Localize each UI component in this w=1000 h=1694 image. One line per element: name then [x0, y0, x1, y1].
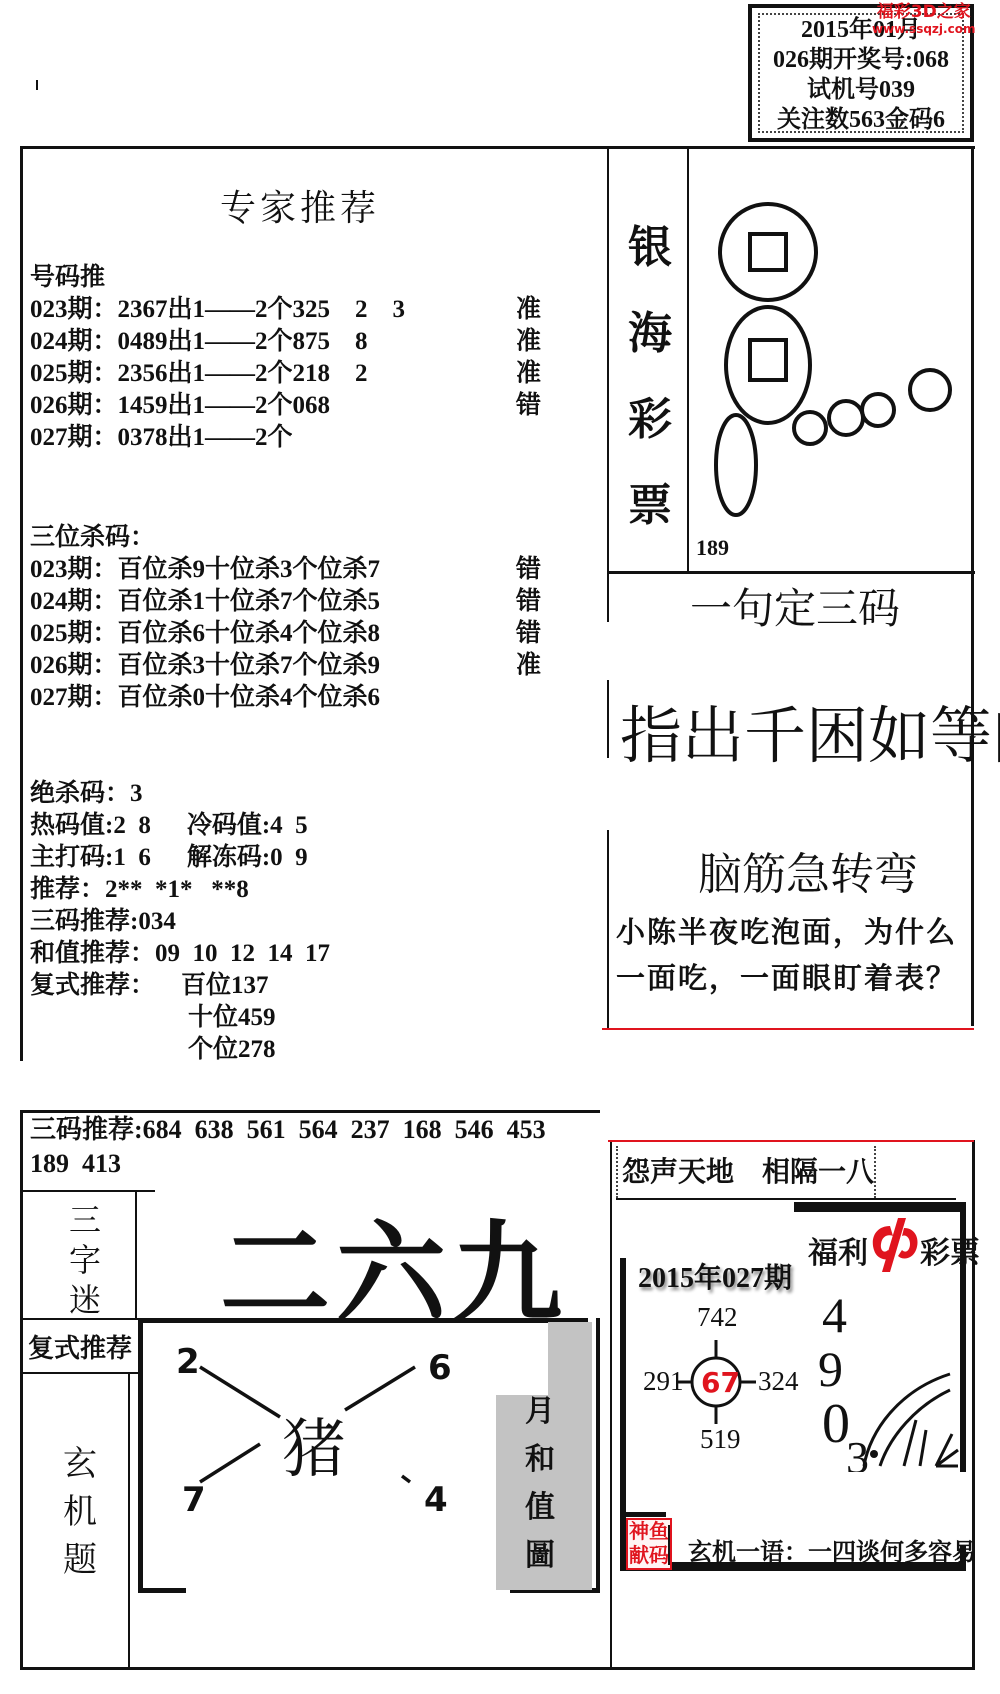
frame-left-border [20, 146, 23, 1061]
kill-row: 025期：百位杀6十位杀4个位杀8 [30, 618, 380, 650]
divider-right-col [610, 1140, 612, 1670]
brand-char: 海 [620, 291, 680, 377]
stats-block: 绝杀码：3 热码值:2 8冷码值:4 5 主打码:1 6解冻码:0 9 推荐：2… [30, 778, 330, 1066]
period: 025期： [30, 360, 118, 387]
stamp-top-bar [620, 1512, 666, 1517]
period: 026期： [30, 392, 118, 419]
kill-three-label: 三位杀码： [30, 522, 155, 554]
brand-char: 银 [620, 205, 680, 291]
period: 024期： [30, 328, 118, 355]
three-codes-line2: 189 413 [30, 1148, 121, 1180]
divider-v5 [607, 830, 609, 1030]
kill-row: 023期：百位杀9十位杀3个位杀7 [30, 554, 380, 586]
brand-char: 票 [620, 463, 680, 549]
result-badge: 错 [516, 586, 541, 618]
result-badge: 错 [516, 390, 541, 422]
label-char: 三 [60, 1200, 110, 1240]
stamp-line: 献码 [628, 1544, 670, 1568]
corner-number-br: 4 [424, 1480, 448, 1520]
three-codes-row: 三码推荐:684 638 561 564 237 168 546 453 [30, 1114, 546, 1146]
expert-title: 专家推荐 [220, 180, 380, 231]
compass-left: 291 [643, 1366, 684, 1397]
kill-text: 百位杀1十位杀7个位杀5 [118, 588, 381, 615]
idiom-text: 怨声天地 相隔一八 [622, 1150, 874, 1190]
label-char: 题 [55, 1536, 105, 1584]
speck [36, 80, 38, 90]
result-badge: 准 [516, 326, 541, 358]
compound-tens: 十位459 [30, 1002, 330, 1034]
label-char: 玄 [55, 1440, 105, 1488]
stamp-divider [668, 1525, 670, 1565]
divider-v3 [607, 574, 609, 622]
result-badge: 错 [516, 554, 541, 586]
fish-number: 9 [818, 1344, 843, 1394]
compound-row: 复式推荐：百位137 [30, 970, 330, 1002]
absolute-kill: 绝杀码：3 [30, 778, 330, 810]
number-push-row: 026期：1459出1——2个068 [30, 390, 405, 422]
kill-text: 百位杀0十位杀4个位杀6 [118, 684, 381, 711]
period: 026期： [30, 652, 118, 679]
frame-top-border [20, 146, 975, 149]
prediction: 2367出1——2个325 2 3 [118, 296, 406, 323]
three-codes-values: 684 638 561 564 237 168 546 453 [143, 1115, 546, 1144]
number-push-list: 023期：2367出1——2个325 2 3 024期：0489出1——2个87… [30, 294, 405, 454]
prediction: 0378出1——2个 [118, 424, 293, 451]
three-codes-label: 三码推荐: [30, 1115, 143, 1144]
hot-values: 热码值:2 8 [30, 812, 151, 839]
compound-label: 复式推荐 [28, 1328, 132, 1365]
brand-char: 彩 [620, 377, 680, 463]
cold-values: 冷码值:4 5 [187, 812, 308, 839]
shenyu-stamp: 神鱼 献码 [626, 1518, 672, 1570]
bottom-left-border [20, 1110, 23, 1670]
coin-sketch-image [700, 190, 960, 530]
period: 027期： [30, 424, 118, 451]
period: 023期： [30, 556, 118, 583]
riddle-title: 脑筋急转弯 [698, 838, 918, 902]
corner-number-bl: 7 [182, 1480, 206, 1520]
stamp-line: 神鱼 [628, 1520, 670, 1544]
prediction: 0489出1——2个875 8 [118, 328, 368, 355]
trial-number: 试机号039 [760, 75, 962, 105]
result-badge: 准 [516, 294, 541, 326]
label-char: 迷 [60, 1280, 110, 1320]
prediction: 1459出1——2个068 [118, 392, 331, 419]
one-sentence-clue: 指出千困如等闲 [620, 686, 1000, 775]
fish-number: 4 [822, 1290, 847, 1340]
corner-number-tr: 6 [428, 1348, 452, 1388]
label-char: 机 [55, 1488, 105, 1536]
kill-text: 百位杀3十位杀7个位杀9 [118, 652, 381, 679]
corner-number-tl: 2 [176, 1342, 200, 1382]
compass-bottom: 519 [700, 1424, 741, 1455]
label-char: 值 [516, 1484, 564, 1532]
bottom-top-border [20, 1110, 600, 1113]
number-push-row: 024期：0489出1——2个875 8 [30, 326, 405, 358]
number-push-label: 号码推 [30, 262, 105, 294]
period: 023期： [30, 296, 118, 323]
main-values: 主打码:1 6 [30, 844, 151, 871]
vertical-brand: 银 海 彩 票 [620, 205, 680, 549]
mystery-label: 玄 机 题 [55, 1440, 105, 1584]
label-char: 圖 [516, 1532, 564, 1580]
number-push-row: 027期：0378出1——2个 [30, 422, 405, 454]
bottom-bottom-border [20, 1667, 975, 1670]
mystery-saying: 玄机一语：一四谈何多容易 [688, 1532, 976, 1567]
divider-h1 [607, 571, 975, 574]
monthly-sum-label: 月 和 值 圖 [516, 1388, 564, 1580]
number-push-results: 准 准 准 错 [516, 294, 541, 422]
kill-row: 027期：百位杀0十位杀4个位杀6 [30, 682, 380, 714]
compass-top: 742 [697, 1302, 738, 1333]
riddle-side-label: 三 字 迷 [60, 1200, 110, 1320]
divider-compound-bottom [20, 1372, 138, 1374]
bottom-right-border [972, 1140, 975, 1670]
number-push-row: 025期：2356出1——2个218 2 [30, 358, 405, 390]
card-top-bar [794, 1202, 966, 1212]
compound-units: 个位278 [30, 1034, 330, 1066]
riddle-answer-big: 二六九 [220, 1186, 568, 1344]
divider-v4 [607, 680, 609, 758]
unfreeze-values: 解冻码:0 9 [187, 844, 308, 871]
fish-drawing-icon [860, 1370, 960, 1474]
compound-label: 复式推荐： [30, 972, 155, 999]
kill-text: 百位杀6十位杀4个位杀8 [118, 620, 381, 647]
period-label: 2015年027期 [638, 1256, 792, 1296]
red-rule [602, 1028, 974, 1030]
divider-v1 [607, 146, 609, 571]
result-badge: 错 [516, 618, 541, 650]
divider-v2 [687, 146, 689, 571]
kill-text: 百位杀9十位杀3个位杀7 [118, 556, 381, 583]
result-badge: 准 [516, 650, 541, 682]
recommend: 推荐：2** *1* **8 [30, 874, 330, 906]
divider-riddle-label [135, 1190, 137, 1320]
compass-right: 324 [758, 1366, 799, 1397]
monthly-sum-panel-top [548, 1322, 592, 1397]
red-rule-bottom [608, 1140, 974, 1142]
kill-three-list: 023期：百位杀9十位杀3个位杀7 024期：百位杀1十位杀7个位杀5 025期… [30, 554, 380, 714]
watermark-name: 福彩3D之家 [872, 4, 975, 21]
pig-box-bottom-left [138, 1588, 186, 1593]
result-badge: 准 [516, 358, 541, 390]
idiom-underline [616, 1198, 956, 1200]
riddle-text: 小陈半夜吃泡面，为什么一面吃，一面眼盯着表？ [616, 910, 961, 1002]
label-char: 字 [60, 1240, 110, 1280]
frame-right-border [971, 146, 974, 1026]
label-char: 和 [516, 1436, 564, 1484]
image-caption: 189 [696, 535, 729, 561]
period: 025期： [30, 620, 118, 647]
compass-center: 67 [701, 1366, 740, 1399]
focus-count: 关注数563金码6 [760, 105, 962, 135]
hot-cold-row: 热码值:2 8冷码值:4 5 [30, 810, 330, 842]
one-sentence-title: 一句定三码 [690, 576, 900, 636]
site-watermark: 福彩3D之家 www.ssqzj.com [872, 4, 975, 38]
lottery-brand-2: 彩票 [920, 1228, 980, 1272]
welfare-lottery-logo-icon [868, 1216, 920, 1274]
sum-values: 和值推荐：09 10 12 14 17 [30, 938, 330, 970]
period: 024期： [30, 588, 118, 615]
period: 027期： [30, 684, 118, 711]
prediction: 2356出1——2个218 2 [118, 360, 368, 387]
compound-hundreds: 百位137 [181, 972, 269, 999]
main-unfreeze-row: 主打码:1 6解冻码:0 9 [30, 842, 330, 874]
lottery-brand: 福利 [808, 1228, 868, 1272]
kill-three-results: 错 错 错 准 [516, 554, 541, 682]
watermark-url: www.ssqzj.com [872, 21, 975, 38]
draw-result: 026期开奖号:068 [760, 45, 962, 75]
pig-character: 猪 [282, 1398, 346, 1490]
three-code: 三码推荐:034 [30, 906, 330, 938]
divider-mystery [128, 1372, 130, 1670]
kill-row: 026期：百位杀3十位杀7个位杀9 [30, 650, 380, 682]
number-push-row: 023期：2367出1——2个325 2 3 [30, 294, 405, 326]
label-char: 月 [516, 1388, 564, 1436]
kill-row: 024期：百位杀1十位杀7个位杀5 [30, 586, 380, 618]
pig-box-right [596, 1318, 600, 1593]
